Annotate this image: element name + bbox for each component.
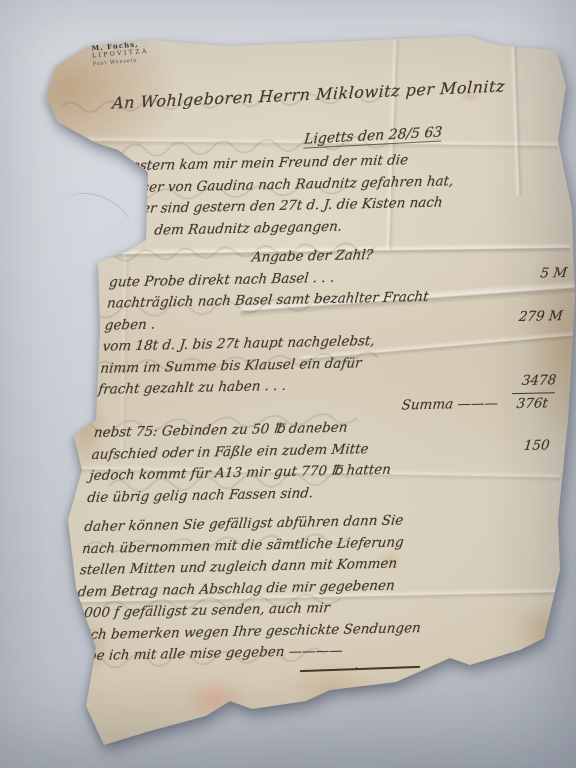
letter-paper-shadow: M. Fuchs, LIPOVITZA Post Wessely An Wohl… — [0, 0, 576, 768]
letter-paper: M. Fuchs, LIPOVITZA Post Wessely An Wohl… — [0, 0, 576, 768]
photo-of-letter: { "colors":{"background":"#c9cdd4","pape… — [0, 0, 576, 768]
amount: 150 — [523, 435, 551, 457]
letterhead-stamp: M. Fuchs, LIPOVITZA Post Wessely — [91, 40, 150, 69]
sum-amount: 376t — [510, 392, 555, 415]
amount: 279 M — [518, 306, 564, 328]
amount: 5 M — [539, 262, 568, 284]
amount: 3478 — [521, 370, 558, 392]
letter-body: Gestern kam mir mein Freund der mit die … — [70, 147, 576, 668]
